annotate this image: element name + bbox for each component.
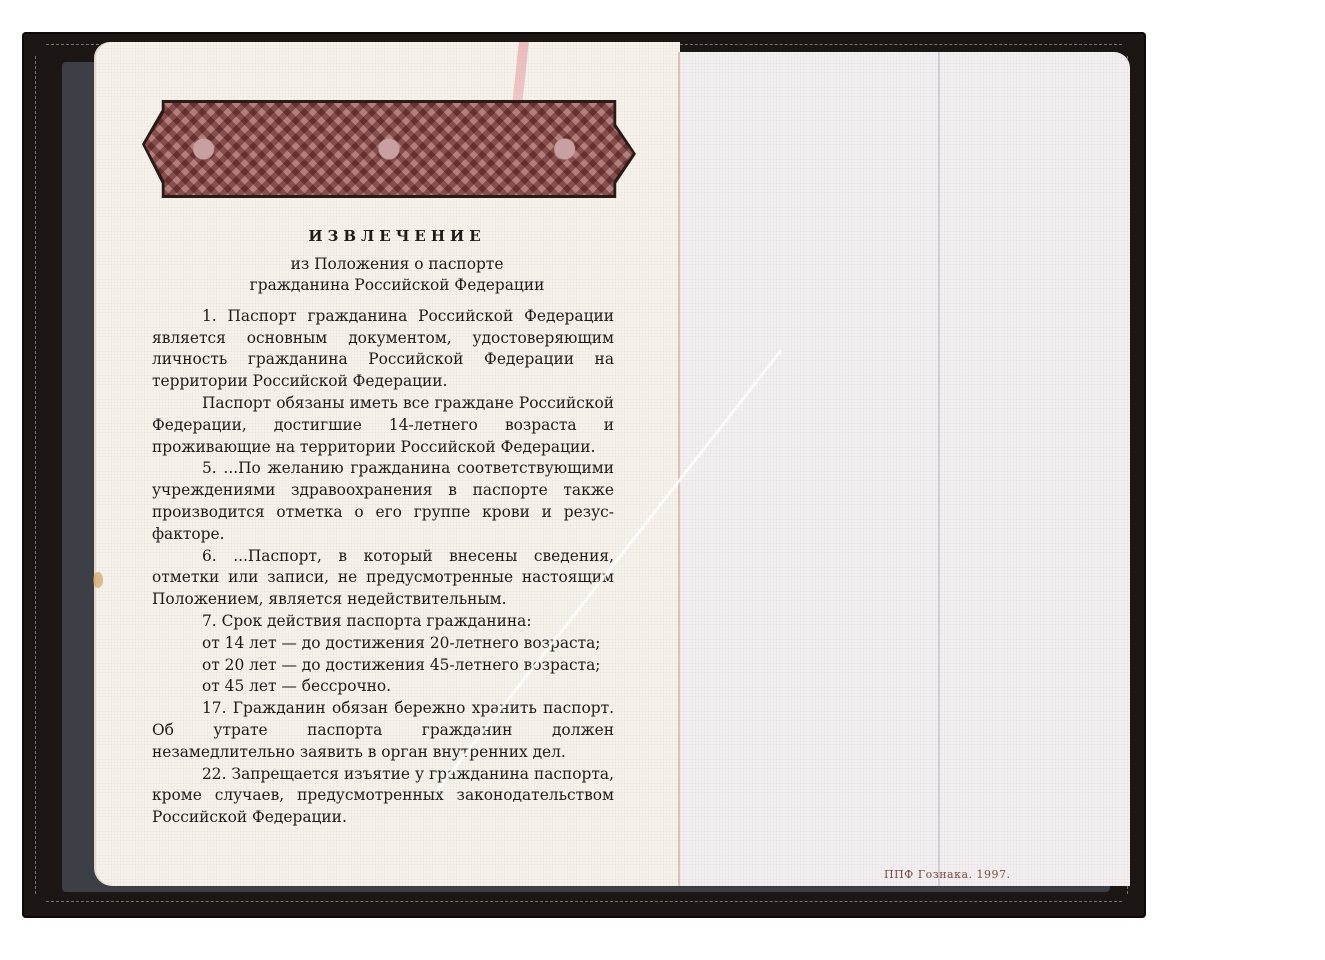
document-title: ИЗВЛЕЧЕНИЕ [180,226,614,248]
cover-stitching-bottom [46,901,1122,902]
cover-stitching-left [35,56,36,894]
right-page [680,52,1130,886]
right-page-fold-crease [938,52,940,886]
clause-22: 22. Запрещается изъятие у гражданина пас… [152,764,614,829]
clause-7: 7. Срок действия паспорта гражданина: [152,611,614,633]
page-spine [678,52,680,886]
printer-imprint: ППФ Гознака. 1997. [884,868,1011,881]
clause-7-term-2: от 20 лет — до достижения 45-летнего воз… [152,655,614,677]
page-stain [93,572,103,588]
clause-1: 1. Паспорт гражданина Российской Федерац… [152,306,614,393]
regulation-extract: ИЗВЛЕЧЕНИЕ из Положения о паспорте гражд… [152,226,614,829]
ornamental-header-band [142,100,636,198]
clause-5: 5. ...По желанию гражданина соответствую… [152,458,614,545]
clause-1-continued: Паспорт обязаны иметь все граждане Росси… [152,393,614,458]
subtitle-line: гражданина Российской Федерации [180,275,614,296]
clause-7-term-3: от 45 лет — бессрочно. [152,676,614,698]
clause-6: 6. ...Паспорт, в который внесены сведени… [152,546,614,611]
ornament-pattern [145,103,633,195]
subtitle-line: из Положения о паспорте [180,254,614,275]
clause-17: 17. Гражданин обязан бережно хранить пас… [152,698,614,763]
document-subtitle: из Положения о паспорте гражданина Росси… [180,254,614,296]
